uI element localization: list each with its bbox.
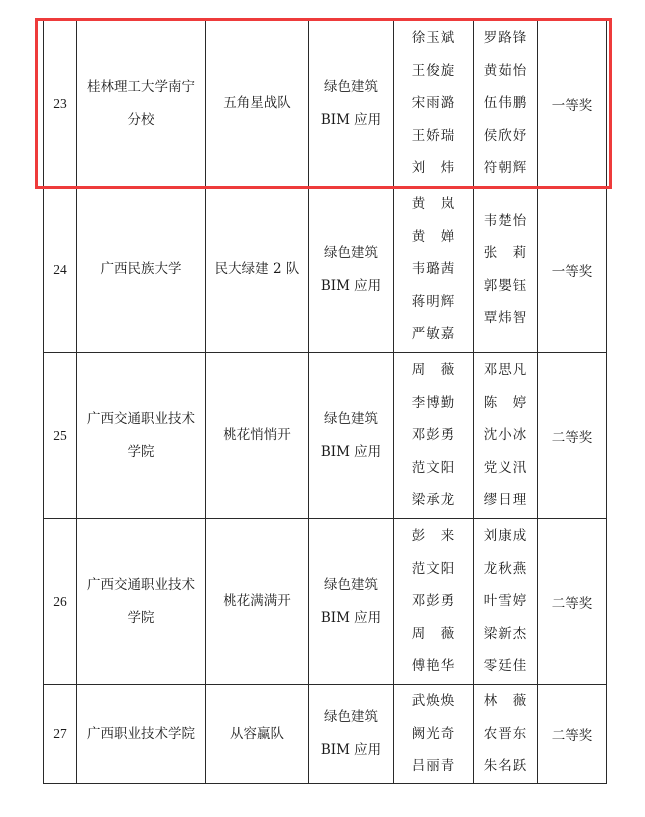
- school-name: 广西民族大学: [77, 187, 206, 353]
- school-name: 广西职业技术学院: [77, 685, 206, 784]
- members-list: 韦楚怡张 莉郭嬰钰覃炜智: [474, 187, 538, 353]
- category: 绿色建筑BIM 应用: [309, 519, 394, 685]
- team-name: 桃花悄悄开: [206, 353, 309, 519]
- table-row: 26 广西交通职业技术学院 桃花满满开 绿色建筑BIM 应用 彭 来范文阳邓彭勇…: [44, 519, 607, 685]
- category: 绿色建筑BIM 应用: [309, 685, 394, 784]
- table-row: 23 桂林理工大学南宁分校 五角星战队 绿色建筑BIM 应用 徐玉斌王俊旋宋雨潞…: [44, 21, 607, 187]
- students-list: 徐玉斌王俊旋宋雨潞王娇瑞刘 炜: [394, 21, 474, 187]
- table-row: 27 广西职业技术学院 从容赢队 绿色建筑BIM 应用 武焕焕阙光奇吕丽青 林 …: [44, 685, 607, 784]
- category: 绿色建筑BIM 应用: [309, 353, 394, 519]
- school-name: 桂林理工大学南宁分校: [77, 21, 206, 187]
- table-row: 24 广西民族大学 民大绿建 2 队 绿色建筑BIM 应用 黄 岚黄 婵韦璐茜蒋…: [44, 187, 607, 353]
- school-name: 广西交通职业技术学院: [77, 353, 206, 519]
- row-number: 23: [44, 21, 77, 187]
- team-name: 民大绿建 2 队: [206, 187, 309, 353]
- members-list: 刘康成龙秋燕叶雪婷梁新杰零廷佳: [474, 519, 538, 685]
- team-name: 桃花满满开: [206, 519, 309, 685]
- award-level: 一等奖: [538, 187, 607, 353]
- members-list: 林 薇农晋东朱名跃: [474, 685, 538, 784]
- students-list: 周 薇李博勤邓彭勇范文阳梁承龙: [394, 353, 474, 519]
- category: 绿色建筑BIM 应用: [309, 187, 394, 353]
- awards-table: 23 桂林理工大学南宁分校 五角星战队 绿色建筑BIM 应用 徐玉斌王俊旋宋雨潞…: [43, 20, 607, 784]
- award-level: 二等奖: [538, 685, 607, 784]
- students-list: 武焕焕阙光奇吕丽青: [394, 685, 474, 784]
- members-list: 罗路锋黄茹怡伍伟鹏侯欣妤符朝辉: [474, 21, 538, 187]
- row-number: 24: [44, 187, 77, 353]
- members-list: 邓思凡陈 婷沈小冰党义汛缪日理: [474, 353, 538, 519]
- award-level: 一等奖: [538, 21, 607, 187]
- team-name: 从容赢队: [206, 685, 309, 784]
- students-list: 黄 岚黄 婵韦璐茜蒋明辉严敏嘉: [394, 187, 474, 353]
- row-number: 27: [44, 685, 77, 784]
- award-level: 二等奖: [538, 353, 607, 519]
- award-level: 二等奖: [538, 519, 607, 685]
- category: 绿色建筑BIM 应用: [309, 21, 394, 187]
- row-number: 26: [44, 519, 77, 685]
- row-number: 25: [44, 353, 77, 519]
- team-name: 五角星战队: [206, 21, 309, 187]
- school-name: 广西交通职业技术学院: [77, 519, 206, 685]
- table-row: 25 广西交通职业技术学院 桃花悄悄开 绿色建筑BIM 应用 周 薇李博勤邓彭勇…: [44, 353, 607, 519]
- students-list: 彭 来范文阳邓彭勇周 薇傅艳华: [394, 519, 474, 685]
